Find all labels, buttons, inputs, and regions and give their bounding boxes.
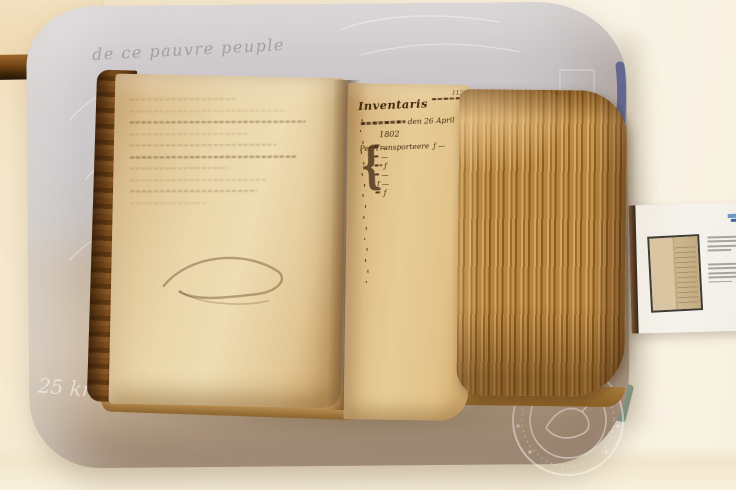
handwritten-stroke <box>366 227 367 230</box>
caption-text-line <box>707 236 736 239</box>
caption-text-line <box>708 276 736 279</box>
logo-bar-top <box>728 214 736 218</box>
faint-stroke <box>130 144 277 147</box>
faint-stroke <box>130 190 257 193</box>
ledger-row: — <box>372 152 388 162</box>
handwritten-stroke <box>367 248 368 251</box>
book-fore-edge-pages <box>456 89 627 397</box>
handwritten-stroke <box>365 259 366 262</box>
caption-text-line <box>708 267 736 270</box>
handwritten-stroke <box>366 281 367 284</box>
handwritten-stroke <box>361 120 406 125</box>
handwritten-stroke <box>365 205 366 208</box>
faint-stroke <box>130 202 208 204</box>
manuscript-left-page <box>109 74 348 409</box>
caption-text-line <box>707 244 736 247</box>
faint-stroke <box>130 109 287 112</box>
amount-mark: ƒ <box>384 189 387 197</box>
caption-text-line <box>708 280 732 282</box>
caption-paragraph-1 <box>707 236 736 254</box>
manuscript-reproduction-photo <box>647 234 703 313</box>
handwritten-stroke <box>364 238 365 241</box>
faint-stroke <box>129 98 237 101</box>
amount-mark: — <box>381 153 388 161</box>
museum-display-photo: de ce pauvre peuple 25 km turne 112. Inv… <box>0 0 736 490</box>
ledger-row: ƒ — <box>373 179 389 189</box>
faint-stroke <box>130 167 228 170</box>
transport-amount-mark: ƒ — <box>433 141 445 149</box>
caption-text-line <box>708 263 736 266</box>
caption-paragraph-2 <box>708 263 736 286</box>
faint-stroke <box>130 155 297 158</box>
handwritten-stroke <box>367 270 368 273</box>
ledger-row: — <box>373 170 389 180</box>
amount-mark: ƒ <box>384 162 387 170</box>
faint-stroke <box>130 121 306 124</box>
logo-bar-bottom <box>731 219 736 222</box>
ink-flourish <box>148 234 310 337</box>
caption-text-line <box>708 271 736 274</box>
faint-stroke <box>130 132 248 135</box>
left-page-faint-script <box>129 97 326 213</box>
caption-text-line <box>708 249 732 251</box>
handwritten-stroke <box>374 165 382 168</box>
right-page-script: Inventaris den 26 April 1802 { ——ƒ—ƒ —ƒ … <box>358 95 467 153</box>
ledger-row: ƒ <box>372 161 388 171</box>
museum-logo <box>728 214 736 222</box>
handwritten-stroke <box>375 174 380 176</box>
amount-mark: — <box>381 170 388 178</box>
handwritten-stroke <box>375 192 381 194</box>
handwritten-stroke <box>374 156 379 158</box>
handwritten-stroke <box>360 130 361 133</box>
caption-text-line <box>707 240 736 243</box>
reproduction-pages <box>649 236 701 310</box>
ledger-row: ƒ <box>373 188 389 198</box>
amount-mark: ƒ — <box>377 179 389 187</box>
manuscript-right-page: 112. Inventaris den 26 April 1802 { ——ƒ—… <box>344 83 473 421</box>
heading-word: Inventaris <box>358 96 428 113</box>
handwritten-stroke <box>363 216 364 219</box>
year-figure: 1802 <box>379 127 466 139</box>
faint-stroke <box>130 178 267 181</box>
interpretive-label-panel <box>628 202 736 333</box>
heading-row: Inventaris <box>358 95 465 113</box>
date-fragment: den 26 April <box>407 115 454 126</box>
date-row: den 26 April <box>359 115 466 128</box>
transport-label: Per Transporteere <box>360 141 430 153</box>
